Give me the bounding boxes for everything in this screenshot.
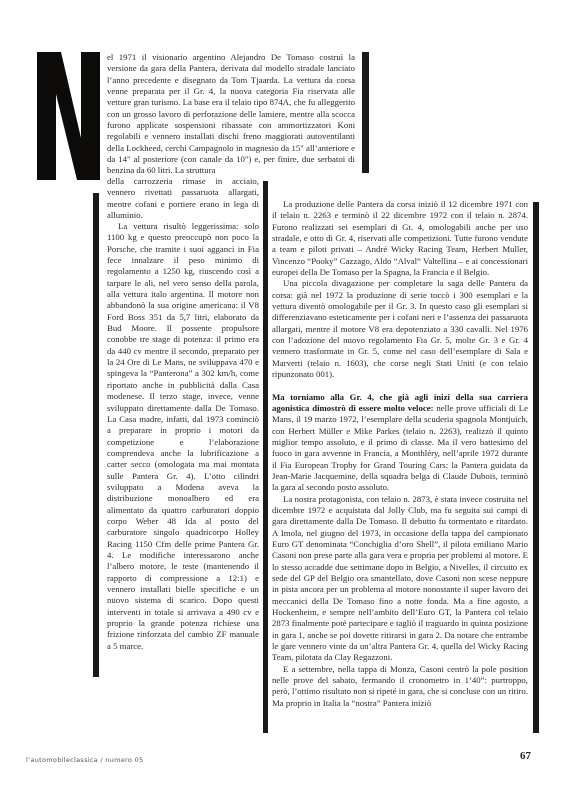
right-paragraph-4: La nostra protagonista, con telaio n. 28…	[272, 494, 528, 664]
right-paragraph-2: Una piccola divagazione per completare l…	[272, 278, 528, 380]
decorative-bar-middle	[263, 181, 268, 733]
right-paragraph-3: Ma torniamo alla Gr. 4, che già agli ini…	[272, 392, 528, 494]
lead-paragraph: el 1971 il visionario argentino Alejandr…	[107, 52, 355, 177]
right-column: La produzione delle Pantera da corsa ini…	[272, 199, 528, 709]
page-number: 67	[520, 750, 531, 762]
right-paragraph-1: La produzione delle Pantera da corsa ini…	[272, 199, 528, 278]
left-column: La vettura risultò leggerissima: solo 11…	[107, 221, 259, 652]
left-paragraph: La vettura risultò leggerissima: solo 11…	[107, 221, 259, 652]
lead-text-continued: della carrozzeria rimase in acciaio, ven…	[107, 176, 259, 220]
decorative-bar-top	[362, 52, 369, 173]
lead-paragraph-continued: della carrozzeria rimase in acciaio, ven…	[107, 176, 259, 221]
publication-footer: l’automobileclassica / numero 05	[26, 756, 143, 764]
decorative-bar-right	[533, 202, 539, 733]
lead-text: el 1971 il visionario argentino Alejandr…	[107, 52, 355, 175]
right-paragraph-5: E a settembre, nella tappa di Monza, Cas…	[272, 664, 528, 709]
right-paragraph-3-body: nelle prove ufficiali di Le Mans, il 19 …	[272, 403, 528, 492]
dropcap-letter-n	[37, 52, 100, 180]
decorative-bar-left	[93, 193, 99, 677]
